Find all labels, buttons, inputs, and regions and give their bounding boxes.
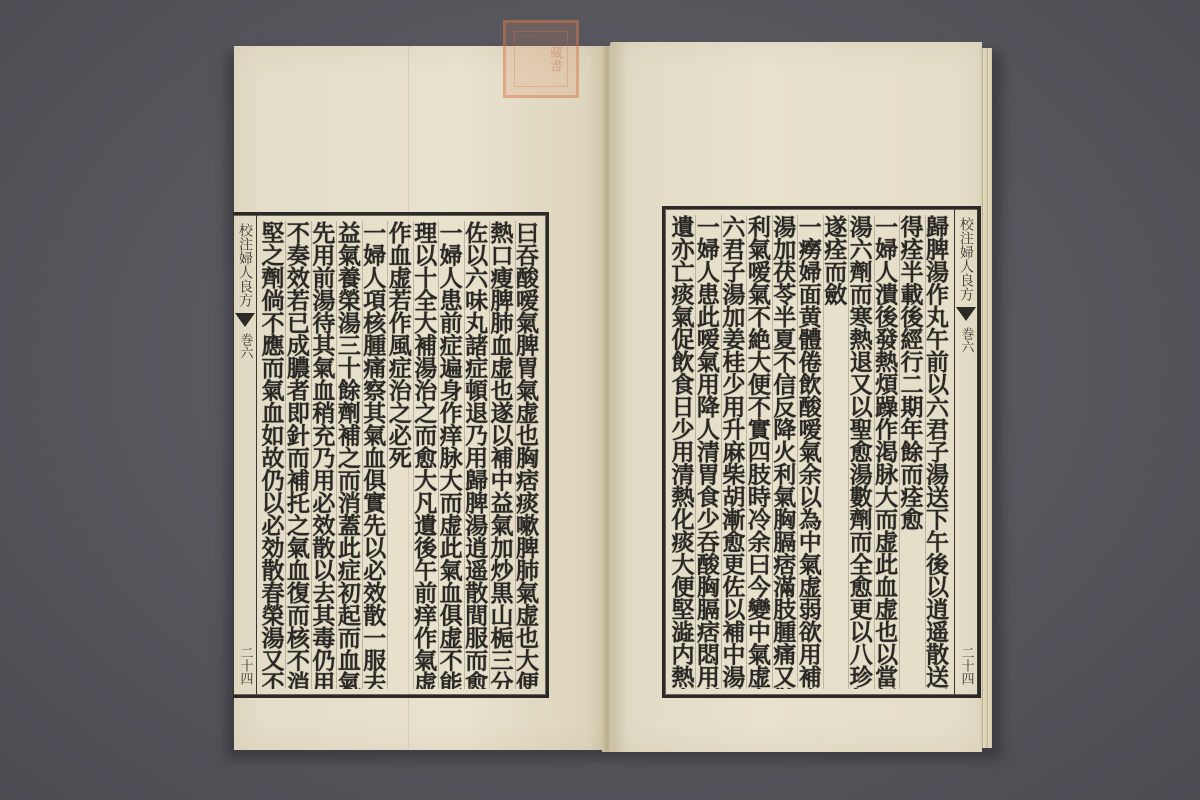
text-column: 不奏效若已成膿者即針而補托之氣血復而核不消者服散 [285, 221, 310, 689]
right-banxin-page-number: 二十四 [957, 646, 976, 685]
text-column: 作血虚若作風症治之必死 [387, 221, 412, 689]
book-gutter [602, 46, 612, 752]
text-column: 理以十全大補湯治之而愈大凡遺後午前痒作氣虚午後痒 [413, 221, 438, 689]
right-text-columns: 歸脾湯作丸午前以六君子湯送下午後以逍遥散送下兩月餘 得痊半載後經行二期年餘而痊愈… [671, 215, 950, 689]
left-banxin-page-number: 二十四 [236, 646, 255, 685]
text-column: 一癆婦面黄體倦飲酸嗳氣余以為中氣虚弱欲用補中益氣 [797, 215, 822, 689]
text-column: 湯加茯苓半夏不信反降火利氣胸膈痞滿肢腫痛又散堅 [772, 215, 797, 689]
fishtail-mark-icon [235, 313, 255, 327]
text-column: 佐以六味丸諸症頓退乃用歸脾湯逍遥散間服而愈 [464, 221, 489, 689]
text-column: 一婦人患前症遍身作痒脉大而虚此氣血俱虚不能榮於腠 [438, 221, 463, 689]
left-text-columns: 曰吞酸嗳氣脾胃氣虚也胸痞痰嗽脾肺氣虚也大便堅澁内 熱口瘦脾肺血虚也遂以補中益氣加… [261, 221, 540, 689]
text-column: 一婦人項核腫痛察其氣血俱實先以必效散一服去之更以 [362, 221, 387, 689]
fishtail-mark-icon [956, 307, 976, 321]
left-banxin: 校注婦人良方 巻六 二十四 [233, 215, 257, 695]
text-column: 遺亦亡痰氣促飲食日少用清熱化痰大便堅澁内熱身瘦余 [671, 215, 695, 689]
text-column: 遂痊而斂 [823, 215, 848, 689]
left-text-frame: 校注婦人良方 巻六 二十四 曰吞酸嗳氣脾胃氣虚也胸痞痰嗽脾肺氣虚也大便堅澁内 熱… [233, 212, 549, 698]
text-column: 利氣嗳氣不絶大便不實四肢時冷余曰今變中氣虚寒矣用 [746, 215, 771, 689]
right-banxin-juan: 巻六 [957, 327, 976, 353]
right-text-frame: 校注婦人良方 巻六 二十四 歸脾湯作丸午前以六君子湯送下午後以逍遥散送下兩月餘 … [662, 206, 981, 698]
right-banxin-title: 校注婦人良方 [956, 217, 976, 301]
text-column: 六君子湯加姜桂少用升麻柴胡漸愈更佐以補中湯尋愈 [721, 215, 746, 689]
left-banxin-juan: 巻六 [236, 333, 255, 359]
text-column: 曰吞酸嗳氣脾胃氣虚也胸痞痰嗽脾肺氣虚也大便堅澁内 [515, 221, 540, 689]
right-banxin: 校注婦人良方 巻六 二十四 [954, 209, 978, 695]
seal-text: 藏書 [514, 31, 568, 87]
text-column: 熱口瘦脾肺血虚也遂以補中益氣加炒黒山梔三分數劑 [489, 221, 514, 689]
left-banxin-title: 校注婦人良方 [235, 223, 255, 307]
text-column: 益氣養榮湯三十餘劑補之而消蓋此症初起而血氣虚弱者 [336, 221, 361, 689]
text-column: 堅之劑倘不應而氣血如故仍以必効散春榮湯又不應灸肘 [261, 221, 285, 689]
text-column: 先用前湯待其氣血稍充乃用必效散以去其毒仍用補藥無 [311, 221, 336, 689]
collector-seal: 藏書 [503, 20, 579, 98]
text-column: 一婦人患此嗳氣用降人清胃食少吞酸胸膈痞悶用利氣消 [695, 215, 720, 689]
text-column: 一婦人潰後發熱煩躁作渇脉大而虚此血虚也以當歸補血 [874, 215, 899, 689]
text-column: 歸脾湯作丸午前以六君子湯送下午後以逍遥散送下兩月餘 [925, 215, 950, 689]
text-column: 得痊半載後經行二期年餘而痊愈 [899, 215, 924, 689]
text-column: 湯六劑而寒熱退又以聖愈湯數劑而全愈更以八珍加丹 [848, 215, 873, 689]
page-stack-edge [980, 48, 992, 748]
